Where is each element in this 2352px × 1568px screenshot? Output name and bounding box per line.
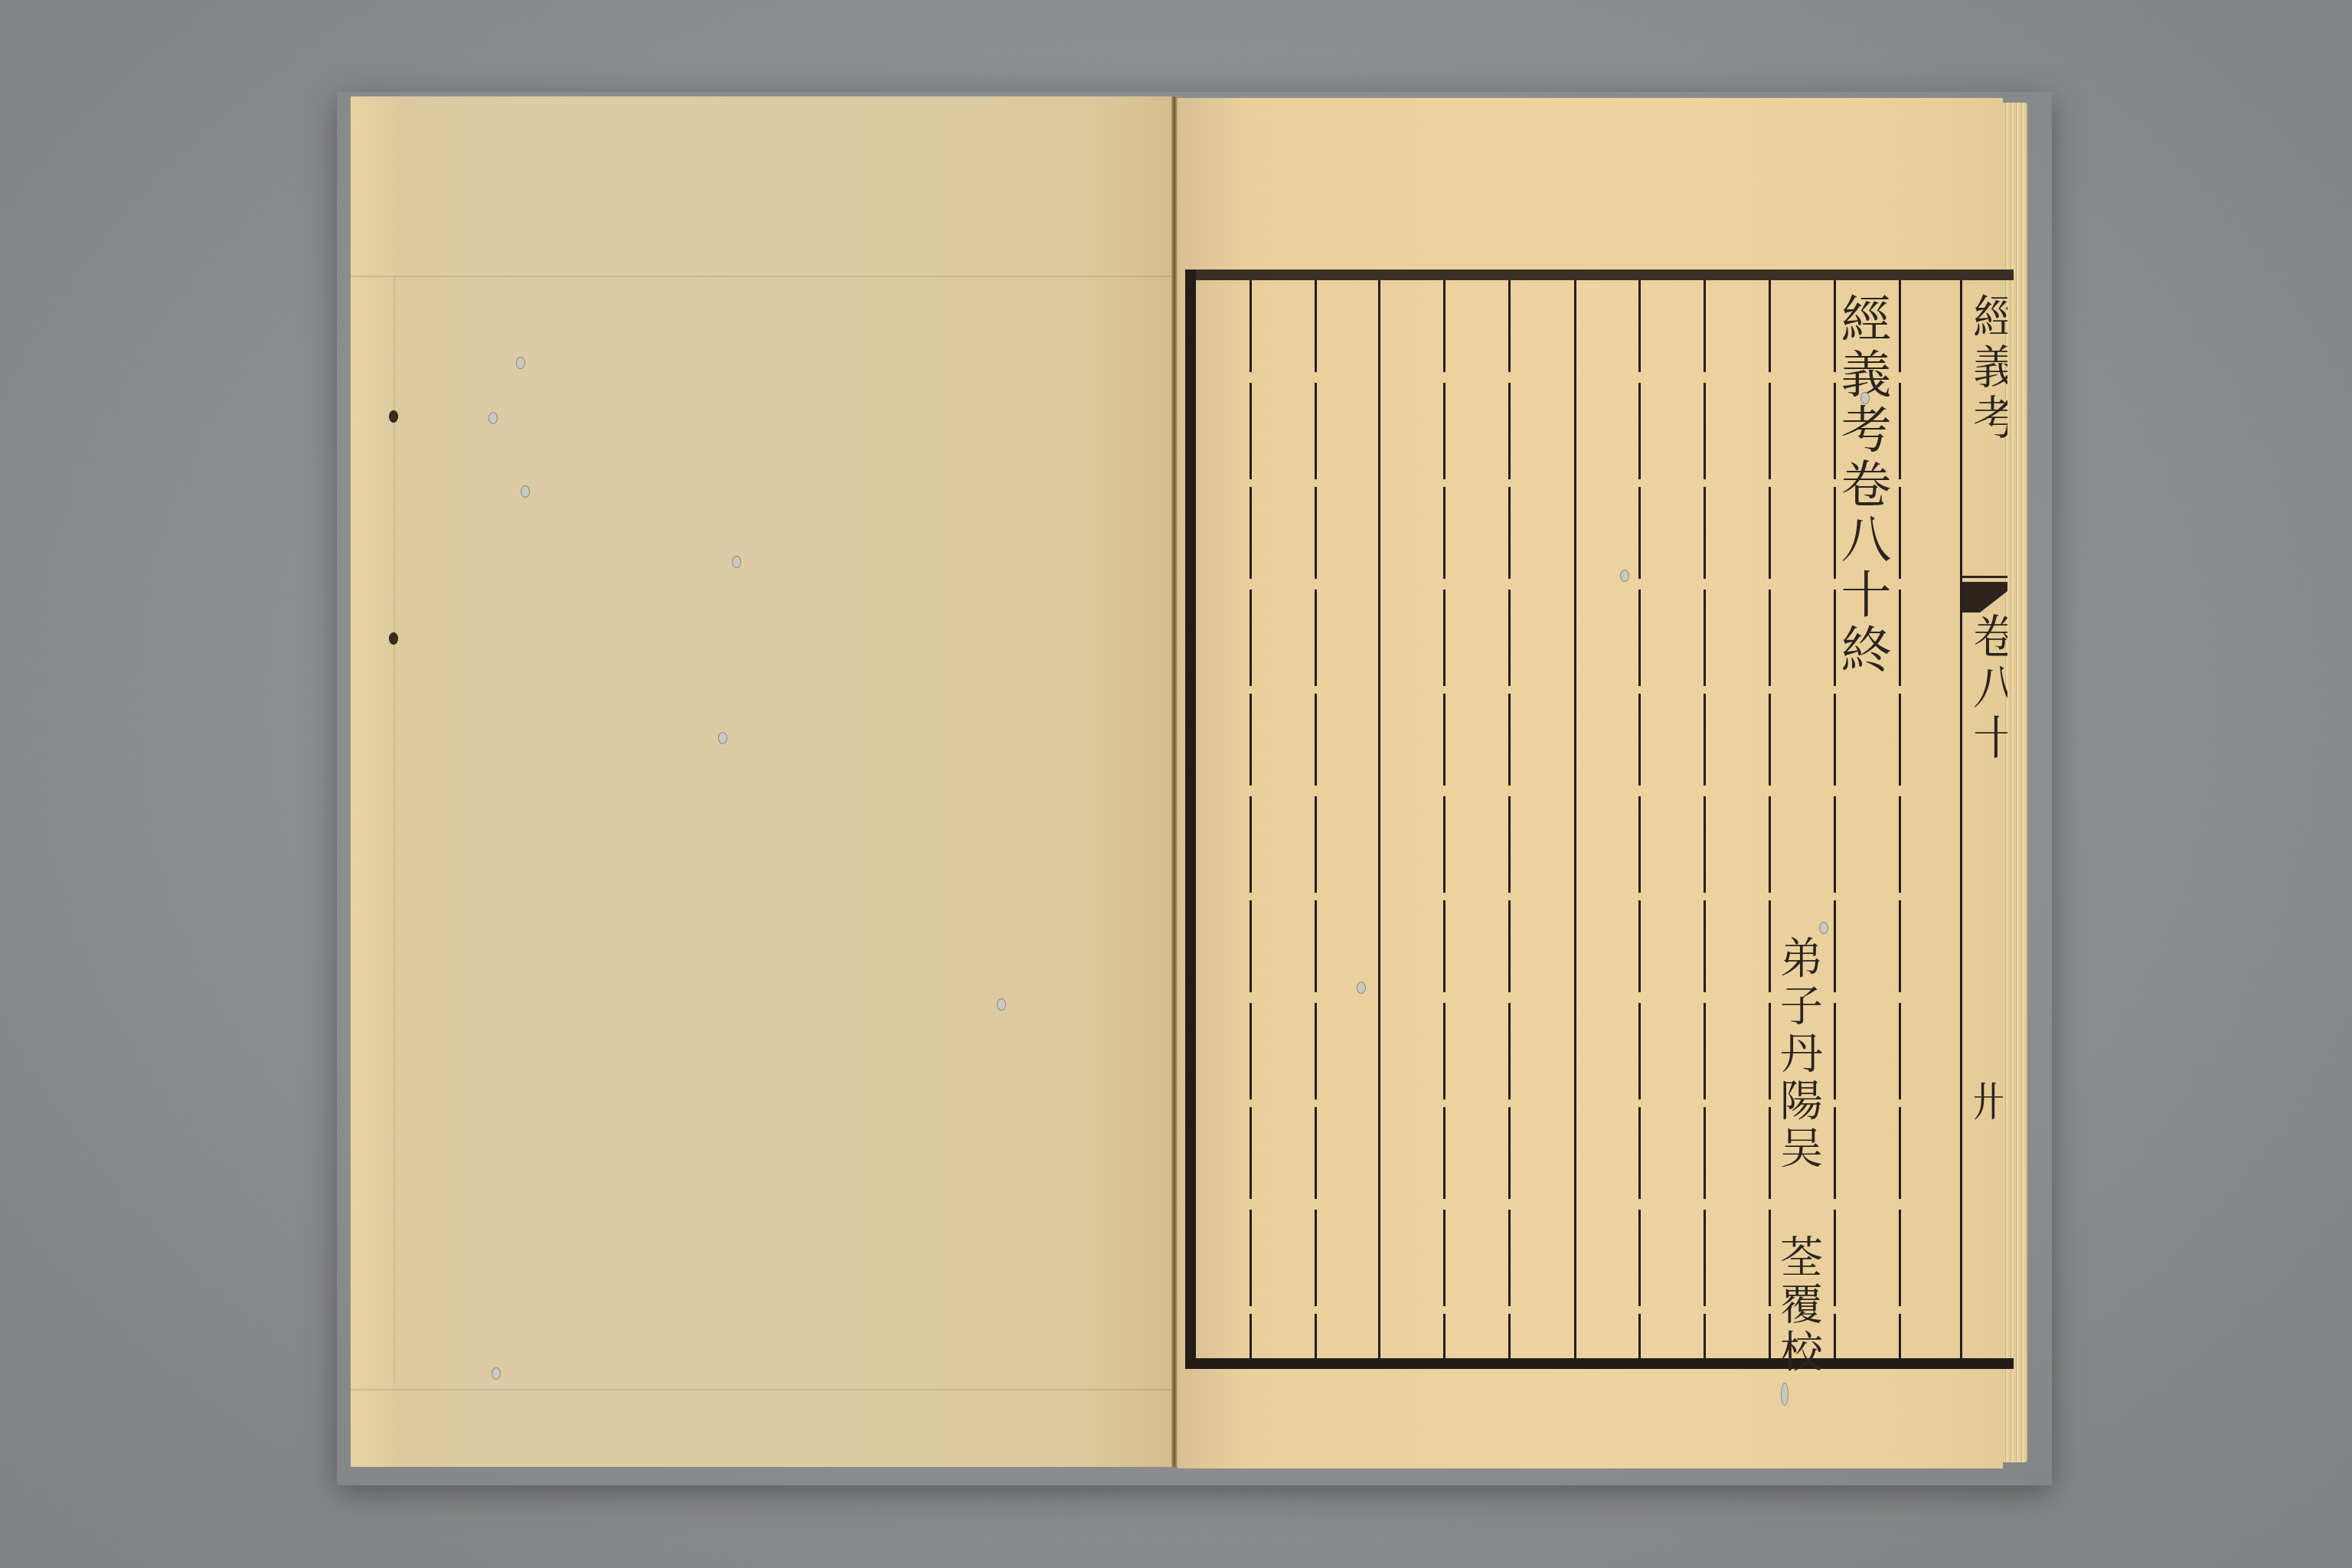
- wormhole: [521, 485, 530, 498]
- left-page-margin-line: [394, 276, 395, 1383]
- wormhole: [516, 357, 525, 369]
- left-page: [351, 96, 1173, 1467]
- blockheart-rule: [1960, 280, 1962, 1358]
- frame-left-border: [1185, 269, 1196, 1369]
- fishtail-rule: [1962, 576, 2007, 578]
- book-gutter: [1171, 96, 1178, 1467]
- wormhole: [1357, 982, 1366, 994]
- column-rule: [1378, 280, 1380, 1358]
- wormhole: [1860, 392, 1870, 404]
- left-page-upper-crease: [351, 276, 1173, 277]
- wormhole: [997, 998, 1006, 1011]
- column-rule: [1443, 280, 1445, 1358]
- frame-bottom-border: [1185, 1358, 2014, 1369]
- column-rule: [1315, 280, 1317, 1358]
- column-rule: [1508, 280, 1511, 1358]
- wormhole: [492, 1367, 501, 1380]
- column-rule: [1249, 280, 1252, 1358]
- column-rule: [1574, 280, 1576, 1358]
- wormhole: [732, 556, 741, 568]
- column-rule: [1638, 280, 1641, 1358]
- wormhole: [1819, 922, 1828, 934]
- frame-top-border: [1185, 269, 2014, 280]
- left-page-fold-band: [351, 96, 394, 1467]
- collator-name: 荃覆校: [1776, 1234, 1819, 1377]
- wormhole: [1781, 1383, 1788, 1406]
- wormhole: [389, 632, 398, 645]
- left-page-lower-crease: [351, 1389, 1173, 1390]
- column-rule: [1899, 280, 1901, 1358]
- collator-credit: 弟子丹陽吴: [1776, 936, 1819, 1173]
- column-rule: [1704, 280, 1706, 1358]
- wormhole: [488, 412, 498, 424]
- wormhole: [389, 410, 398, 423]
- wormhole: [718, 732, 727, 744]
- column-rule: [1769, 280, 1771, 1358]
- volume-end-title: 經義考卷八十終: [1836, 292, 1886, 678]
- wormhole: [1620, 570, 1629, 582]
